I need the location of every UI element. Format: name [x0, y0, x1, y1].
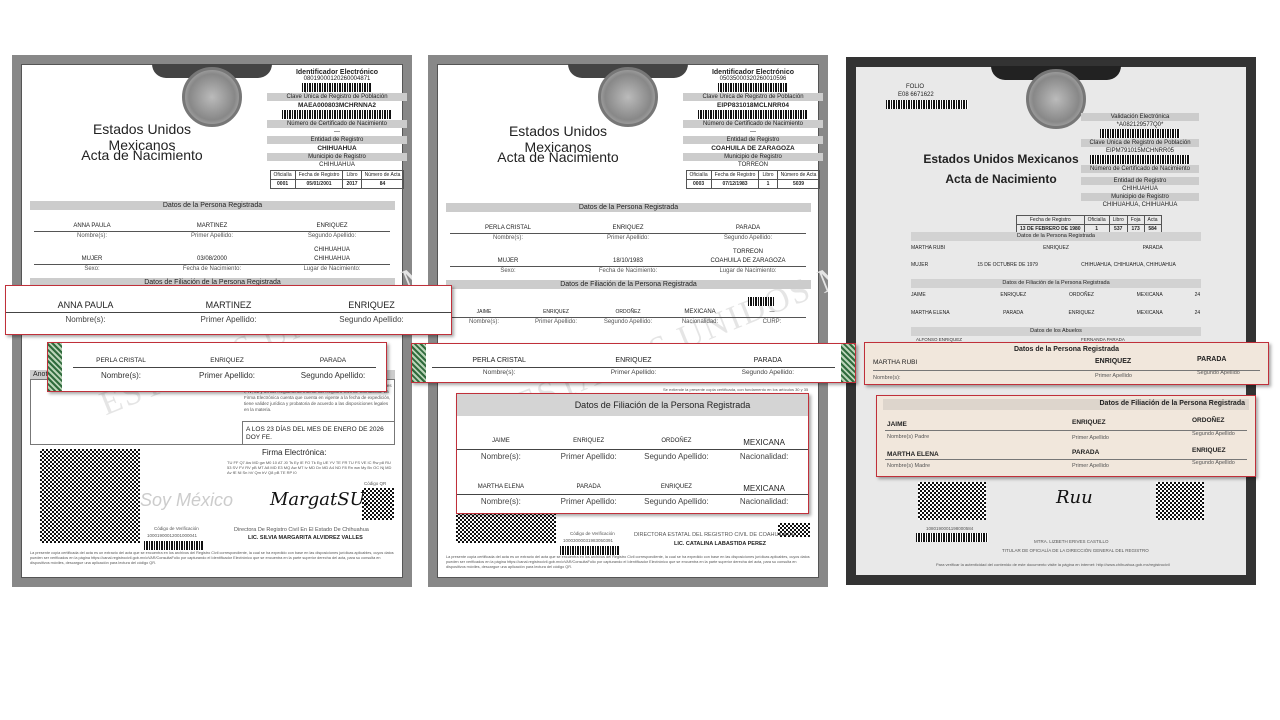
father-labels: Nombre(s):Primer Apellido:Segundo Apelli… [448, 319, 808, 325]
name-value: MARTHA RUBI [911, 245, 1008, 251]
national-seal-icon [1026, 69, 1086, 129]
father-values: JAIMEENRIQUEZORDOÑEZMEXICANA24 [911, 292, 1211, 298]
father-first-surname: ENRIQUEZ [545, 438, 633, 447]
first-surname-label: Primer Apellido [1095, 373, 1132, 379]
first-surname-value: ENRIQUEZ [174, 357, 280, 364]
mother-first-surname: PARADA [979, 310, 1047, 316]
verification-code: 10001900012001000041 [147, 533, 197, 539]
mother-first-surname: PARADA [1072, 449, 1099, 456]
barcode-icon [282, 110, 392, 119]
divider [73, 367, 376, 368]
qr-code-left [918, 482, 986, 520]
identifier-value: 08019000120260004871 [267, 76, 407, 82]
callout-values: PERLA CRISTALENRIQUEZPARADA [48, 357, 386, 364]
table-header: Libro [759, 171, 777, 180]
mother-age: 24 [1184, 310, 1211, 316]
table-cell: 84 [361, 180, 404, 189]
curp-label: Clave Única de Registro de Población [267, 93, 407, 101]
father-nationality: MEXICANA [1116, 292, 1184, 298]
document-title: Acta de Nacimiento [62, 147, 222, 163]
birth-values: MUJER18/10/1983COAHUILA DE ZARAGOZA [448, 258, 808, 264]
father-first-surname: ENRIQUEZ [520, 309, 592, 315]
footer-verification-text: Para verificar la autenticidad del conte… [936, 562, 1170, 568]
filiation-title: Datos de Filiación de la Persona Registr… [1100, 400, 1246, 407]
footer-legal-text: La presente copia certificada del acta e… [446, 555, 811, 570]
mother-name: MARTHA ELENA [457, 484, 545, 493]
entity-label: Entidad de Registro [267, 136, 407, 144]
national-seal-icon [598, 67, 658, 127]
first-surname-label: Primer Apellido: [157, 315, 300, 324]
signature-image: MargatSU. [270, 489, 369, 510]
birth-place-value: CHIHUAHUA, CHIHUAHUA, CHIHUAHUA [1056, 262, 1201, 268]
barcode-icon [748, 297, 774, 306]
father-second-surname: ORDOÑEZ [1047, 292, 1115, 298]
signature-image: Ruu [1056, 487, 1093, 508]
barcode-icon [698, 110, 808, 119]
validation-value: *A082129577Q0* [1081, 122, 1199, 128]
callout-doc1-person-name: ANNA PAULAMARTINEZENRIQUEZ Nombre(s):Pri… [5, 285, 452, 335]
birth-date-value: 15 DE OCTUBRE DE 1979 [959, 262, 1056, 268]
verification-label: Código de Verificación [570, 531, 615, 537]
divider [457, 494, 808, 495]
curp-value: MAEA000803MCHRNNA2 [267, 102, 407, 109]
table-cell: 1 [759, 180, 777, 189]
first-surname-label: Primer Apellido [1072, 435, 1109, 441]
second-surname-label: Segundo Apellido: [300, 315, 443, 324]
verification-label: Código de Verificación [154, 526, 199, 532]
name-label: Nombre(s): [448, 235, 568, 241]
first-surname-label: Primer Apellido: [520, 319, 592, 325]
curp-value: EIPP831018MCLNRR04 [683, 102, 823, 109]
table-cell: 05/01/2001 [295, 180, 343, 189]
sex-value: MUJER [448, 258, 568, 264]
name-value: MARTHA RUBI [873, 359, 917, 366]
table-header: Oficialía [270, 171, 295, 180]
first-surname-label: Primer Apellido: [568, 235, 688, 241]
verification-code: 10003000031983050391 [563, 538, 613, 544]
table-header: Fecha de Registro [1017, 216, 1085, 225]
birth-certificate-3: FOLIO E08 6671622 Estados Unidos Mexican… [846, 57, 1256, 585]
mother-name: MARTHA ELENA [911, 310, 979, 316]
second-surname-value: ENRIQUEZ [300, 300, 443, 310]
name-label: Nombre(s): [432, 369, 566, 376]
first-surname-value: ENRIQUEZ [1008, 245, 1105, 251]
name-label: Nombre(s): [457, 452, 545, 461]
municipality-value: CHIHUAHUA [267, 162, 407, 168]
callout-doc3-filiation: Datos de Filiación de la Persona Registr… [876, 395, 1256, 477]
second-surname-value: PARADA [1104, 245, 1201, 251]
second-surname-value: PARADA [280, 357, 386, 364]
official-title: DIRECTORA ESTATAL DEL REGISTRO CIVIL DE … [634, 532, 796, 538]
birth-place-line1: TORREON [448, 249, 808, 255]
nationality-label: Nacionalidad: [664, 319, 736, 325]
ornament-strip [48, 343, 62, 391]
nationality-label: Nacionalidad: [720, 497, 808, 506]
mother-second-surname: ENRIQUEZ [633, 484, 721, 493]
birth-place-city: CHIHUAHUA [272, 247, 392, 253]
birth-place-label: Lugar de Nacimiento: [688, 268, 808, 274]
father-second-surname: ORDOÑEZ [592, 309, 664, 315]
table-header: Número de Acta [361, 171, 404, 180]
second-surname-label: Segundo Apellido: [280, 371, 386, 380]
first-surname-label: Primer Apellido: [545, 497, 633, 506]
father-label: Nombre(s) Padre [887, 434, 929, 440]
divider [450, 317, 806, 318]
curp-label: Clave Única de Registro de Población [683, 93, 823, 101]
barcode-icon [1100, 129, 1180, 138]
mother-first-surname: PARADA [545, 484, 633, 493]
footer-legal-text: La presente copia certificada del acta e… [30, 551, 395, 566]
municipality-label: Municipio de Registro [1081, 193, 1199, 201]
nationality-label: Nacionalidad: [720, 452, 808, 461]
identifier-label: Identificador Electrónico [683, 69, 823, 76]
official-name: LIC. CATALINA LABASTIDA PEREZ [674, 541, 766, 547]
first-surname-label: Primer Apellido: [545, 452, 633, 461]
second-surname-value: PARADA [701, 357, 835, 364]
registration-table: OficialíaFecha de RegistroLibroNúmero de… [270, 170, 405, 189]
first-surname-value: MARTINEZ [157, 300, 300, 310]
second-surname-label: Segundo Apellido: [633, 452, 721, 461]
first-surname-value: ENRIQUEZ [568, 225, 688, 231]
name-value: ANNA PAULA [32, 223, 152, 229]
registration-table: OficialíaFecha de RegistroLibroNúmero de… [686, 170, 821, 189]
birth-place-state: COAHUILA DE ZARAGOZA [688, 258, 808, 264]
second-surname-value: PARADA [688, 225, 808, 231]
person-name-values: MARTHA RUBIENRIQUEZPARADA [911, 245, 1201, 251]
father-curp: — [736, 309, 808, 315]
data-matrix-code [40, 449, 140, 543]
barcode-icon [718, 83, 788, 92]
section-header-person: Datos de la Persona Registrada [911, 232, 1201, 241]
mother-values: MARTHA ELENAPARADAENRIQUEZMEXICANA24 [911, 310, 1211, 316]
name-value: PERLA CRISTAL [432, 357, 566, 364]
callout-doc3-person-name: Datos de la Persona Registrada MARTHA RU… [864, 342, 1269, 385]
mother-labels: Nombre(s):Primer Apellido:Segundo Apelli… [457, 497, 808, 506]
mother-values: MARTHA ELENAPARADAENRIQUEZMEXICANA [457, 484, 808, 493]
filiation-title: Datos de Filiación de la Persona Registr… [457, 400, 808, 410]
father-name: JAIME [457, 438, 545, 447]
callout-labels: Nombre(s):Primer Apellido:Segundo Apelli… [48, 371, 386, 380]
certificate-number-value: — [267, 129, 407, 135]
table-header: Número de Acta [777, 171, 820, 180]
table-cell: 0003 [686, 180, 711, 189]
birth-place-state: CHIHUAHUA [272, 256, 392, 262]
identifier-label: Identificador Electrónico [267, 69, 407, 76]
barcode-icon [1090, 155, 1190, 164]
father-name: JAIME [887, 421, 907, 428]
certificate-number-value: — [683, 129, 823, 135]
father-values: JAIMEENRIQUEZORDOÑEZMEXICANA [457, 438, 808, 447]
section-header-filiation: Datos de Filiación de la Persona Registr… [446, 280, 811, 289]
name-label: Nombre(s): [448, 319, 520, 325]
document-title: Acta de Nacimiento [478, 149, 638, 165]
birth-date-value: 03/08/2000 [152, 256, 272, 262]
callout-labels: Nombre(s):Primer Apellido:Segundo Apelli… [412, 369, 855, 376]
municipality-label: Municipio de Registro [683, 153, 823, 161]
callout-doc2-filiation: Datos de Filiación de la Persona Registr… [456, 393, 809, 514]
father-second-surname: ORDOÑEZ [633, 438, 721, 447]
section-header-filiation: Datos de Filiación de la Persona Registr… [911, 279, 1201, 288]
table-header: Foja [1127, 216, 1144, 225]
name-value: ANNA PAULA [14, 300, 157, 310]
table-cell: 0001 [270, 180, 295, 189]
sex-label: Sexo: [448, 268, 568, 274]
birth-place-label: Lugar de Nacimiento: [272, 266, 392, 272]
name-label: Nombre(s): [32, 233, 152, 239]
folio-value: E08 6671622 [898, 92, 934, 98]
callout-values: PERLA CRISTALENRIQUEZPARADA [412, 357, 855, 364]
callout-doc1-compare-name: PERLA CRISTALENRIQUEZPARADA Nombre(s):Pr… [47, 342, 387, 392]
registry-info-panel: Validación Electrónica *A082129577Q0* Cl… [1081, 112, 1199, 208]
registry-info-panel: Identificador Electrónico 05035000320260… [683, 69, 823, 191]
second-surname-label: Segundo Apellido: [272, 233, 392, 239]
name-value: PERLA CRISTAL [448, 225, 568, 231]
curp-label: Clave Única de Registro de Población [1081, 139, 1199, 147]
annotations-label: Anot [33, 371, 47, 378]
mother-second-surname: ENRIQUEZ [1047, 310, 1115, 316]
section-header-person: Datos de la Persona Registrada [446, 203, 811, 212]
first-surname-label: Primer Apellido: [152, 233, 272, 239]
curp-label: CURP: [736, 319, 808, 325]
second-surname-value: PARADA [1197, 356, 1226, 363]
electronic-signature-hash: TU FF Q7 Aw MD gw M0 10 AT J0 Ts Ey IE F… [227, 460, 392, 475]
table-cell: 5039 [777, 180, 820, 189]
second-surname-label: Segundo Apellido: [701, 369, 835, 376]
entity-label: Entidad de Registro [683, 136, 823, 144]
first-surname-value: ENRIQUEZ [1095, 358, 1131, 365]
second-surname-label: Segundo Apellido [1192, 460, 1235, 466]
first-surname-value: MARTINEZ [152, 223, 272, 229]
section-header-person: Datos de la Persona Registrada [30, 201, 395, 210]
father-second-surname: ORDOÑEZ [1192, 417, 1225, 424]
soy-mexico-watermark: Soy México [140, 490, 233, 511]
official-name: LIC. SILVIA MARGARITA ALVIDREZ VALLES [248, 535, 363, 541]
person-name-labels: Nombre(s):Primer Apellido:Segundo Apelli… [448, 235, 808, 241]
divider [6, 312, 451, 313]
qr-label: Código QR [364, 481, 386, 487]
father-labels: Nombre(s):Primer Apellido:Segundo Apelli… [457, 452, 808, 461]
mother-nationality: MEXICANA [720, 484, 808, 493]
entity-value: CHIHUAHUA [1081, 186, 1199, 192]
official-title: TITULAR DE OFICIALÍA DE LA DIRECCIÓN GEN… [1002, 548, 1149, 554]
father-age: 24 [1184, 292, 1211, 298]
municipality-value: CHIHUAHUA, CHIHUAHUA [1081, 202, 1199, 208]
certificate-body: FOLIO E08 6671622 Estados Unidos Mexican… [855, 66, 1247, 576]
name-value: PERLA CRISTAL [68, 357, 174, 364]
birth-date-value: 18/10/1983 [568, 258, 688, 264]
second-surname-label: Segundo Apellido [1192, 431, 1235, 437]
person-name-labels: Nombre(s):Primer Apellido:Segundo Apelli… [32, 233, 392, 239]
first-surname-value: ENRIQUEZ [566, 357, 700, 364]
first-surname-label: Primer Apellido: [174, 371, 280, 380]
birth-date-label: Fecha de Nacimiento: [152, 266, 272, 272]
father-first-surname: ENRIQUEZ [1072, 419, 1106, 426]
second-surname-label: Segundo Apellido: [633, 497, 721, 506]
divider [34, 264, 390, 265]
barcode-icon [886, 100, 968, 109]
first-surname-label: Primer Apellido: [566, 369, 700, 376]
verification-code: 1080190001198000584 [926, 526, 973, 532]
table-header: Fecha de Registro [711, 171, 759, 180]
father-name: JAIME [448, 309, 520, 315]
divider [34, 231, 390, 232]
person-name-values: PERLA CRISTALENRIQUEZPARADA [448, 225, 808, 231]
callout-labels: Nombre(s):Primer Apellido:Segundo Apelli… [6, 315, 451, 324]
table-header: Fecha de Registro [295, 171, 343, 180]
birth-place-line1: CHIHUAHUA [32, 247, 392, 253]
divider [457, 449, 808, 450]
table-header: Libro [1109, 216, 1127, 225]
mother-second-surname: ENRIQUEZ [1192, 447, 1226, 454]
second-surname-value: ENRIQUEZ [272, 223, 392, 229]
mother-name: MARTHA ELENA [887, 451, 939, 458]
callout-values: ANNA PAULAMARTINEZENRIQUEZ [6, 300, 451, 310]
table-cell: 2017 [343, 180, 361, 189]
barcode-icon [302, 83, 372, 92]
callout-doc2-person-name: PERLA CRISTALENRIQUEZPARADA Nombre(s):Pr… [411, 343, 856, 383]
person-name-values: ANNA PAULAMARTINEZENRIQUEZ [32, 223, 392, 229]
issue-date-text: A LOS 23 DÍAS DEL MES DE ENERO DE 2026 D… [246, 426, 392, 442]
folio-label: FOLIO [906, 84, 924, 90]
birth-values: MUJER15 DE OCTUBRE DE 1979CHIHUAHUA, CHI… [911, 262, 1201, 268]
divider [450, 266, 806, 267]
barcode-icon [144, 541, 204, 550]
father-nationality: MEXICANA [664, 309, 736, 315]
entity-value: COAHUILA DE ZARAGOZA [683, 145, 823, 152]
birth-labels: Sexo:Fecha de Nacimiento:Lugar de Nacimi… [448, 268, 808, 274]
qr-code-right [1156, 482, 1204, 520]
certificate-number-label: Número de Certificado de Nacimiento [683, 120, 823, 128]
second-surname-label: Segundo Apellido: [592, 319, 664, 325]
name-label: Nombre(s): [457, 497, 545, 506]
birth-labels: Sexo:Fecha de Nacimiento:Lugar de Nacimi… [32, 266, 392, 272]
name-label: Nombre(s): [14, 315, 157, 324]
table-header: Oficialía [686, 171, 711, 180]
registry-info-panel: Identificador Electrónico 08019000120260… [267, 69, 407, 191]
certificate-number-label: Número de Certificado de Nacimiento [1081, 165, 1199, 173]
mother-nationality: MEXICANA [1116, 310, 1184, 316]
table-cell: 07/12/1983 [711, 180, 759, 189]
document-title: Acta de Nacimiento [921, 172, 1081, 186]
national-seal-icon [182, 67, 242, 127]
divider [450, 233, 806, 234]
municipality-value: TORREON [683, 162, 823, 168]
first-surname-label: Primer Apellido [1072, 463, 1109, 469]
curp-value: EIPM791015MCHNRR05 [1081, 148, 1199, 154]
table-header: Oficialía [1084, 216, 1109, 225]
country-title: Estados Unidos Mexicanos [921, 152, 1081, 166]
second-surname-label: Segundo Apellido: [688, 235, 808, 241]
table-header: Acta [1144, 216, 1161, 225]
certificate-number-label: Número de Certificado de Nacimiento [267, 120, 407, 128]
father-values: JAIMEENRIQUEZORDOÑEZMEXICANA— [448, 309, 808, 315]
municipality-label: Municipio de Registro [267, 153, 407, 161]
section-header-grandparents: Datos de los Abuelos [911, 327, 1201, 336]
identifier-value: 05035000320260010596 [683, 76, 823, 82]
barcode-icon [560, 546, 620, 555]
birth-date-label: Fecha de Nacimiento: [568, 268, 688, 274]
entity-value: CHIHUAHUA [267, 145, 407, 152]
table-header: Libro [343, 171, 361, 180]
electronic-signature-label: Firma Electrónica: [262, 448, 326, 457]
birth-values: MUJER03/08/2000CHIHUAHUA [32, 256, 392, 262]
sex-value: MUJER [32, 256, 152, 262]
sex-label: Sexo: [32, 266, 152, 272]
barcode-icon [916, 533, 988, 542]
official-name: MTRA. LIZBETH ERIVES CASTILLO [1034, 539, 1109, 545]
name-label: Nombre(s): [68, 371, 174, 380]
callout-title: Datos de la Persona Registrada [865, 346, 1268, 353]
father-nationality: MEXICANA [720, 438, 808, 447]
second-surname-label: Segundo Apellido [1197, 370, 1240, 376]
sex-value: MUJER [911, 262, 959, 268]
father-name: JAIME [911, 292, 979, 298]
divider [432, 367, 835, 368]
birth-place-city: TORREON [688, 249, 808, 255]
mother-label: Nombre(s) Madre [887, 463, 930, 469]
father-first-surname: ENRIQUEZ [979, 292, 1047, 298]
validation-label: Validación Electrónica [1081, 113, 1199, 121]
official-title: Directora De Registro Civil En El Estado… [234, 527, 369, 533]
name-label: Nombre(s): [873, 375, 901, 381]
entity-label: Entidad de Registro [1081, 177, 1199, 185]
